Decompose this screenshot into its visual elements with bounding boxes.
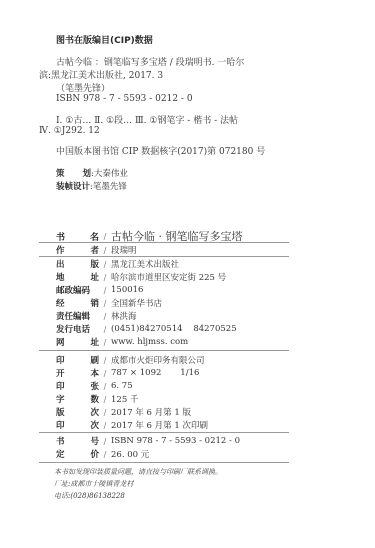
edition-value: 2017 年 6 月第 1 版 xyxy=(111,406,191,418)
format-value: 787 × 1092 1/16 xyxy=(111,368,199,378)
row-label: 定价 xyxy=(56,448,99,460)
row-label: 发行电话 xyxy=(56,323,99,335)
separator: / xyxy=(99,421,111,430)
colophon-row-publisher: 出版 / 黑龙江美术出版社 xyxy=(56,258,179,270)
distributor-value: 全国新华书店 xyxy=(111,297,162,309)
separator: / xyxy=(99,299,111,308)
colophon-row-editor: 责任编辑 / 林洪海 xyxy=(56,310,137,322)
printer-value: 成都市火炬印务有限公司 xyxy=(111,354,205,366)
separator: / xyxy=(99,325,111,334)
wordcount-value: 125 千 xyxy=(111,393,138,405)
colophon-row-edition: 版次 / 2017 年 6 月第 1 版 xyxy=(56,406,191,418)
credit-planning: 策划:大秦伟业 xyxy=(56,167,128,179)
cip-line-publisher: 滨:黑龙江美术出版社, 2017. 3 xyxy=(39,68,163,81)
cip-line-series: （笔墨先锋） xyxy=(56,81,110,94)
author-value: 段瑞明 xyxy=(111,244,137,256)
divider xyxy=(39,242,289,243)
credit-planning-label-a: 策 xyxy=(56,169,65,179)
postcode-value: 150016 xyxy=(111,285,143,295)
colophon-row-author: 作者 / 段瑞明 xyxy=(56,244,137,256)
separator: / xyxy=(99,286,111,295)
notice-factory-address: 厂址:成都市十陵镇青龙村 xyxy=(54,479,133,489)
row-label: 作者 xyxy=(56,244,99,256)
colophon-row-sheets: 印张 / 6. 75 xyxy=(56,380,133,392)
website-value: www. hljmss. com xyxy=(111,337,188,347)
credit-design: 装帧设计:笔墨先锋 xyxy=(56,180,127,192)
divider xyxy=(39,350,289,351)
row-label: 书号 xyxy=(56,435,99,447)
separator: / xyxy=(99,408,111,417)
credit-planning-value: :大秦伟业 xyxy=(91,169,128,179)
colophon-row-price: 定价 / 26. 00 元 xyxy=(56,448,149,460)
separator: / xyxy=(99,273,111,282)
separator: / xyxy=(99,246,111,255)
divider xyxy=(39,432,289,433)
row-label: 书名 xyxy=(56,230,99,243)
separator: / xyxy=(99,232,111,241)
row-label: 印刷 xyxy=(56,354,99,366)
sheets-value: 6. 75 xyxy=(111,381,133,391)
credit-design-value: :笔墨先锋 xyxy=(90,182,127,192)
row-label: 印次 xyxy=(56,419,99,431)
publisher-value: 黑龙江美术出版社 xyxy=(111,258,179,270)
divider xyxy=(39,462,289,463)
row-label: 邮政编码 xyxy=(56,284,99,296)
separator: / xyxy=(99,395,111,404)
editor-value: 林洪海 xyxy=(111,310,137,322)
row-label: 经销 xyxy=(56,297,99,309)
colophon-row-postcode: 邮政编码 / 150016 xyxy=(56,284,143,296)
colophon-row-printing: 印次 / 2017 年 6 月第 1 次印刷 xyxy=(56,419,208,431)
address-value: 哈尔滨市道里区安定街 225 号 xyxy=(111,271,226,283)
cip-line-isbn: ISBN 978 - 7 - 5593 - 0212 - 0 xyxy=(56,94,193,104)
separator: / xyxy=(99,382,111,391)
row-label: 地址 xyxy=(56,271,99,283)
cip-line-title: 古帖今临 ：钢笔临写多宝塔 / 段瑞明书. 一哈尔 xyxy=(56,55,244,68)
separator: / xyxy=(99,338,111,347)
row-label: 网址 xyxy=(56,336,99,348)
credit-planning-label-b: 划 xyxy=(83,169,92,179)
separator: / xyxy=(99,312,111,321)
colophon-row-distributor: 经销 / 全国新华书店 xyxy=(56,297,162,309)
colophon-row-isbn: 书号 / ISBN 978 - 7 - 5593 - 0212 - 0 xyxy=(56,435,240,447)
row-label: 开本 xyxy=(56,367,99,379)
colophon-row-printer: 印刷 / 成都市火炬印务有限公司 xyxy=(56,354,205,366)
separator: / xyxy=(99,437,111,446)
notice-quality: 本书如发现印装质量问题，请直接与印刷厂联系调换。 xyxy=(54,467,222,477)
colophon-row-format: 开本 / 787 × 1092 1/16 xyxy=(56,367,199,379)
colophon-row-address: 地址 / 哈尔滨市道里区安定街 225 号 xyxy=(56,271,226,283)
row-label: 责任编辑 xyxy=(56,310,99,322)
cip-line-classification-2: Ⅳ. ①J292. 12 xyxy=(39,126,100,136)
phone-value: (0451)84270514 84270525 xyxy=(111,324,237,334)
isbn-value: ISBN 978 - 7 - 5593 - 0212 - 0 xyxy=(111,436,240,446)
separator: / xyxy=(99,260,111,269)
divider xyxy=(39,256,289,257)
cip-title: 图书在版编目(CIP)数据 xyxy=(56,33,153,46)
cip-line-record-number: 中国版本图书馆 CIP 数据核字(2017)第 072180 号 xyxy=(56,144,265,157)
row-label: 出版 xyxy=(56,258,99,270)
colophon-row-phone: 发行电话 / (0451)84270514 84270525 xyxy=(56,323,237,335)
price-value: 26. 00 元 xyxy=(111,448,149,460)
separator: / xyxy=(99,369,111,378)
separator: / xyxy=(99,356,111,365)
row-label: 字数 xyxy=(56,393,99,405)
colophon-row-title: 书名 / 古帖今临 · 钢笔临写多宝塔 xyxy=(56,229,243,243)
credit-design-label: 装帧设计 xyxy=(56,182,90,192)
colophon-row-website: 网址 / www. hljmss. com xyxy=(56,336,188,348)
printing-value: 2017 年 6 月第 1 次印刷 xyxy=(111,419,208,431)
notice-factory-phone: 电话:(028)86138228 xyxy=(54,491,125,501)
colophon-row-wordcount: 字数 / 125 千 xyxy=(56,393,138,405)
separator: / xyxy=(99,450,111,459)
row-label: 印张 xyxy=(56,380,99,392)
cip-line-classification: Ⅰ. ①古… Ⅱ. ①段… Ⅲ. ①钢笔字 - 楷书 - 法帖 xyxy=(56,113,238,126)
row-label: 版次 xyxy=(56,406,99,418)
